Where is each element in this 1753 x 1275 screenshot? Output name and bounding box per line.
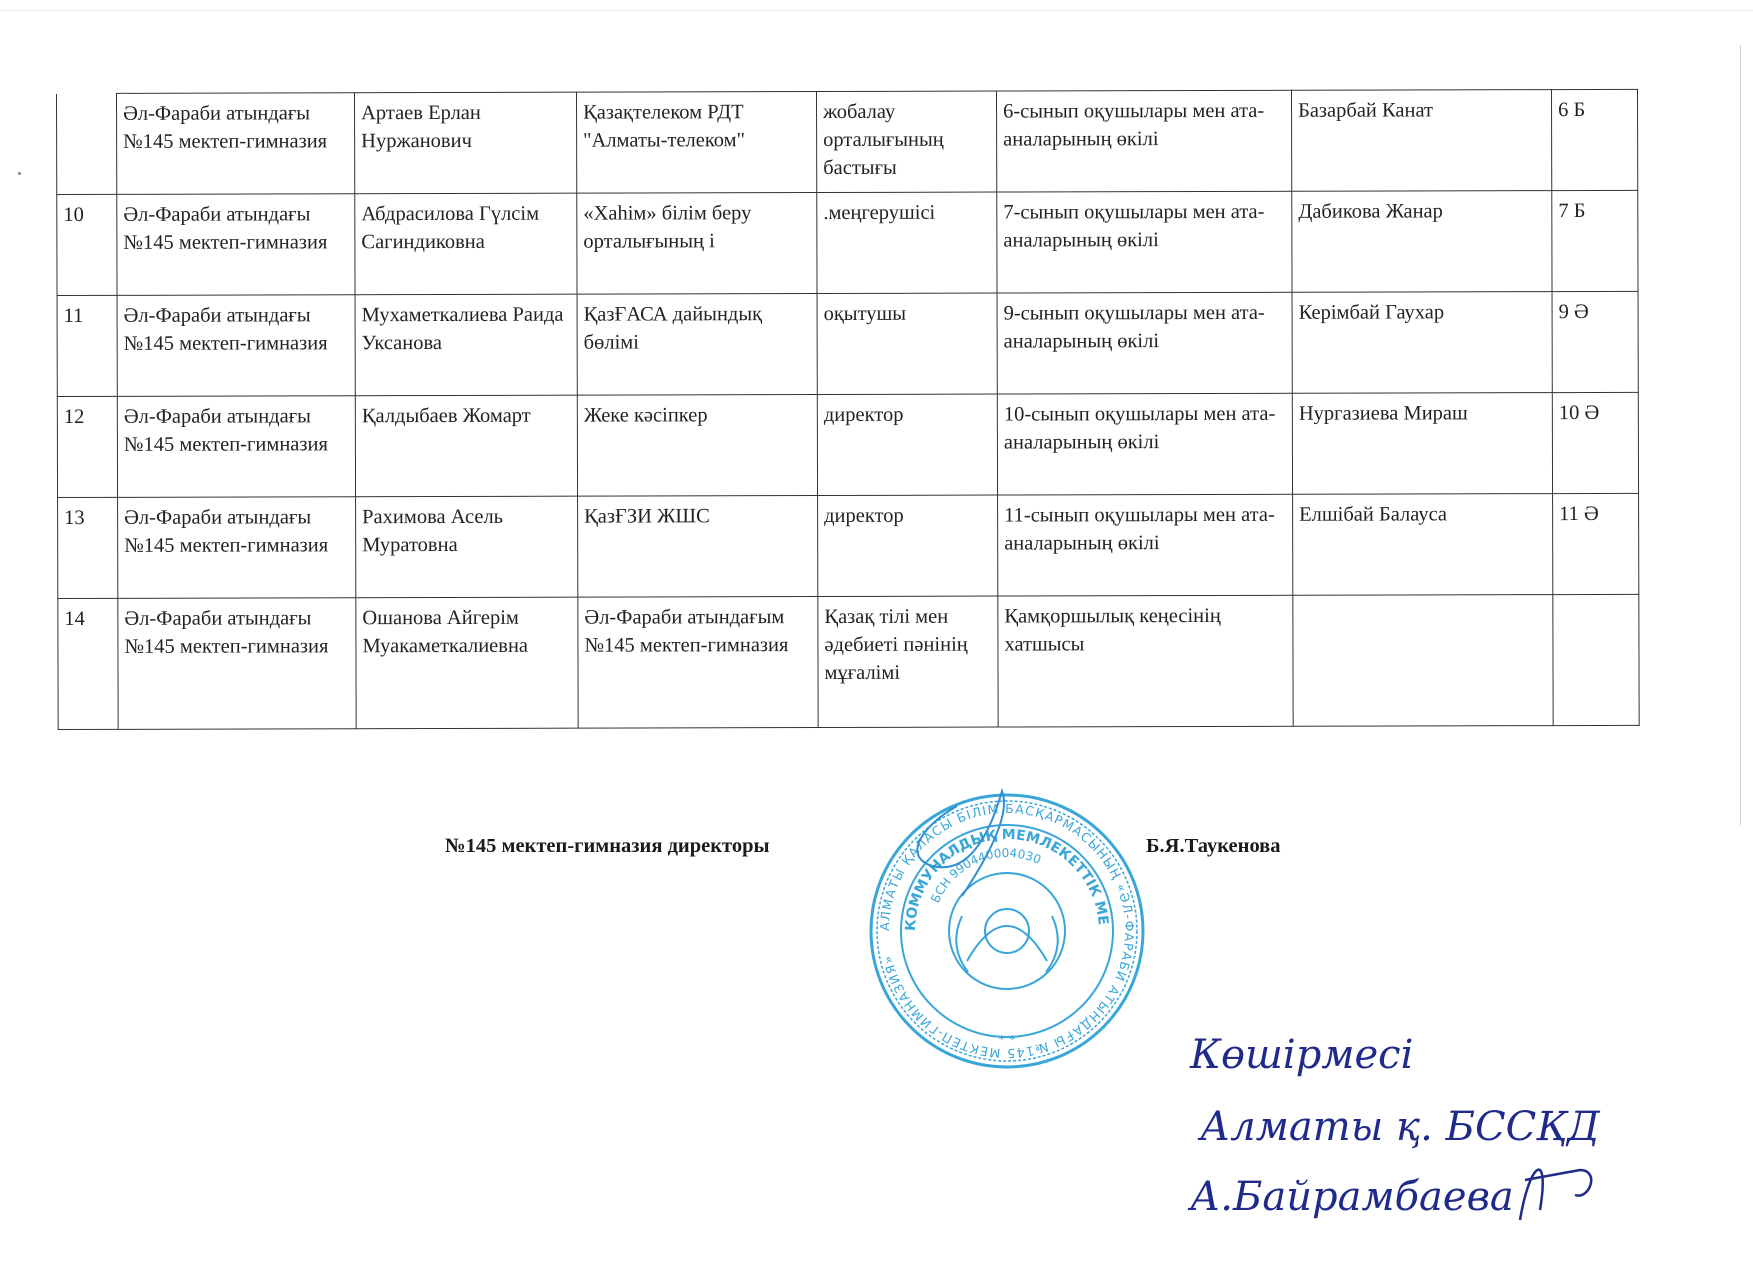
cell-no: 14	[58, 598, 118, 729]
cell-role: 11-сынып оқушылары мен ата-аналарының өк…	[998, 494, 1293, 596]
cell-name: Қалдыбаев Жомарт	[355, 395, 577, 497]
official-seal-icon: АЛМАТЫ ҚАЛАСЫ БІЛІМ БАСҚАРМАСЫНЫҢ «ӘЛ-ФА…	[862, 786, 1152, 1076]
table-row: 14Әл-Фараби атындағы №145 мектеп-гимнази…	[58, 594, 1639, 729]
cell-no: 10	[57, 194, 117, 295]
cell-position: .меңгерушісі	[817, 192, 997, 293]
cell-grade: 9 Ә	[1552, 291, 1638, 392]
cell-name: Артаев Ерлан Нуржанович	[355, 92, 577, 194]
cell-student: Керімбай Гаухар	[1292, 292, 1552, 394]
table-row: 10Әл-Фараби атындағы №145 мектеп-гимнази…	[57, 190, 1638, 295]
svg-text:Көшірмесі: Көшірмесі	[1189, 1032, 1413, 1078]
cell-workplace: ҚазҒАСА дайындық бөлімі	[577, 294, 817, 396]
cell-name: Ошанова Айгерім Муакаметкалиевна	[356, 597, 578, 729]
cell-student: Дабикова Жанар	[1292, 191, 1552, 293]
svg-text:Алматы қ. БССҚД: Алматы қ. БССҚД	[1197, 1104, 1601, 1150]
cell-role: Қамқоршылық кеңесінің хатшысы	[998, 595, 1293, 727]
director-title: №145 мектеп-гимназия директоры	[445, 835, 770, 858]
cell-position: директор	[818, 495, 998, 596]
cell-grade	[1553, 594, 1639, 725]
cell-school: Әл-Фараби атындағы №145 мектеп-гимназия	[117, 194, 355, 296]
cell-name: Абдрасилова Гүлсім Сагиндиковна	[355, 193, 577, 295]
table-row: Әл-Фараби атындағы №145 мектеп-гимназияА…	[57, 89, 1638, 194]
director-name: Б.Я.Таукенова	[1146, 835, 1281, 858]
cell-no: 13	[58, 497, 118, 598]
cell-school: Әл-Фараби атындағы №145 мектеп-гимназия	[117, 396, 355, 498]
scan-speck	[18, 172, 21, 175]
handwritten-certification: Көшірмесі Алматы қ. БССҚД А.Байрамбаева	[1180, 1020, 1620, 1240]
cell-no	[57, 93, 117, 194]
cell-role: 7-сынып оқушылары мен ата-аналарының өкі…	[997, 191, 1292, 293]
cell-school: Әл-Фараби атындағы №145 мектеп-гимназия	[118, 497, 356, 599]
cell-school: Әл-Фараби атындағы №145 мектеп-гимназия	[117, 93, 355, 195]
cell-position: Қазақ тілі мен әдебиеті пәнінің мұғалімі	[818, 596, 998, 727]
svg-text:* *: * *	[998, 1033, 1016, 1048]
cell-school: Әл-Фараби атындағы №145 мектеп-гимназия	[117, 295, 355, 397]
table-row: 12Әл-Фараби атындағы №145 мектеп-гимнази…	[57, 392, 1638, 497]
cell-grade: 11 Ә	[1553, 493, 1639, 594]
cell-role: 10-сынып оқушылары мен ата-аналарының өк…	[997, 393, 1292, 495]
cell-student	[1293, 595, 1553, 727]
cell-workplace: «Хаһім» білім беру орталығының і	[577, 193, 817, 295]
cell-role: 9-сынып оқушылары мен ата-аналарының өкі…	[997, 292, 1292, 394]
cell-student: Нургазиева Мираш	[1292, 393, 1552, 495]
svg-text:А.Байрамбаева: А.Байрамбаева	[1187, 1174, 1514, 1220]
cell-name: Рахимова Асель Муратовна	[356, 496, 578, 598]
cell-student: Базарбай Канат	[1291, 90, 1551, 192]
page-edge	[0, 10, 1753, 11]
cell-position: оқытушы	[817, 293, 997, 394]
page-right-edge	[1740, 45, 1741, 825]
cell-school: Әл-Фараби атындағы №145 мектеп-гимназия	[118, 598, 356, 730]
table-row: 13Әл-Фараби атындағы №145 мектеп-гимнази…	[58, 493, 1639, 598]
cell-grade: 6 Б	[1551, 89, 1637, 190]
cell-workplace: Қазақтелеком РДТ "Алматы-телеком"	[576, 92, 816, 194]
cell-role: 6-сынып оқушылары мен ата-аналарының өкі…	[996, 90, 1291, 192]
cell-position: директор	[817, 394, 997, 495]
cell-name: Мухаметкалиева Раида Уксанова	[355, 294, 577, 396]
cell-no: 12	[57, 396, 117, 497]
cell-grade: 10 Ә	[1552, 392, 1638, 493]
cell-position: жобалау орталығының бастығы	[816, 91, 996, 192]
cell-no: 11	[57, 295, 117, 396]
cell-workplace: Әл-Фараби атындағым №145 мектеп-гимназия	[578, 597, 818, 729]
cell-workplace: ҚазҒЗИ ЖШС	[578, 496, 818, 598]
cell-student: Елшібай Балауса	[1293, 494, 1553, 596]
cell-grade: 7 Б	[1552, 190, 1638, 291]
cell-workplace: Жеке кәсіпкер	[577, 395, 817, 497]
table-row: 11Әл-Фараби атындағы №145 мектеп-гимнази…	[57, 291, 1638, 396]
council-members-table: Әл-Фараби атындағы №145 мектеп-гимназияА…	[56, 89, 1640, 730]
